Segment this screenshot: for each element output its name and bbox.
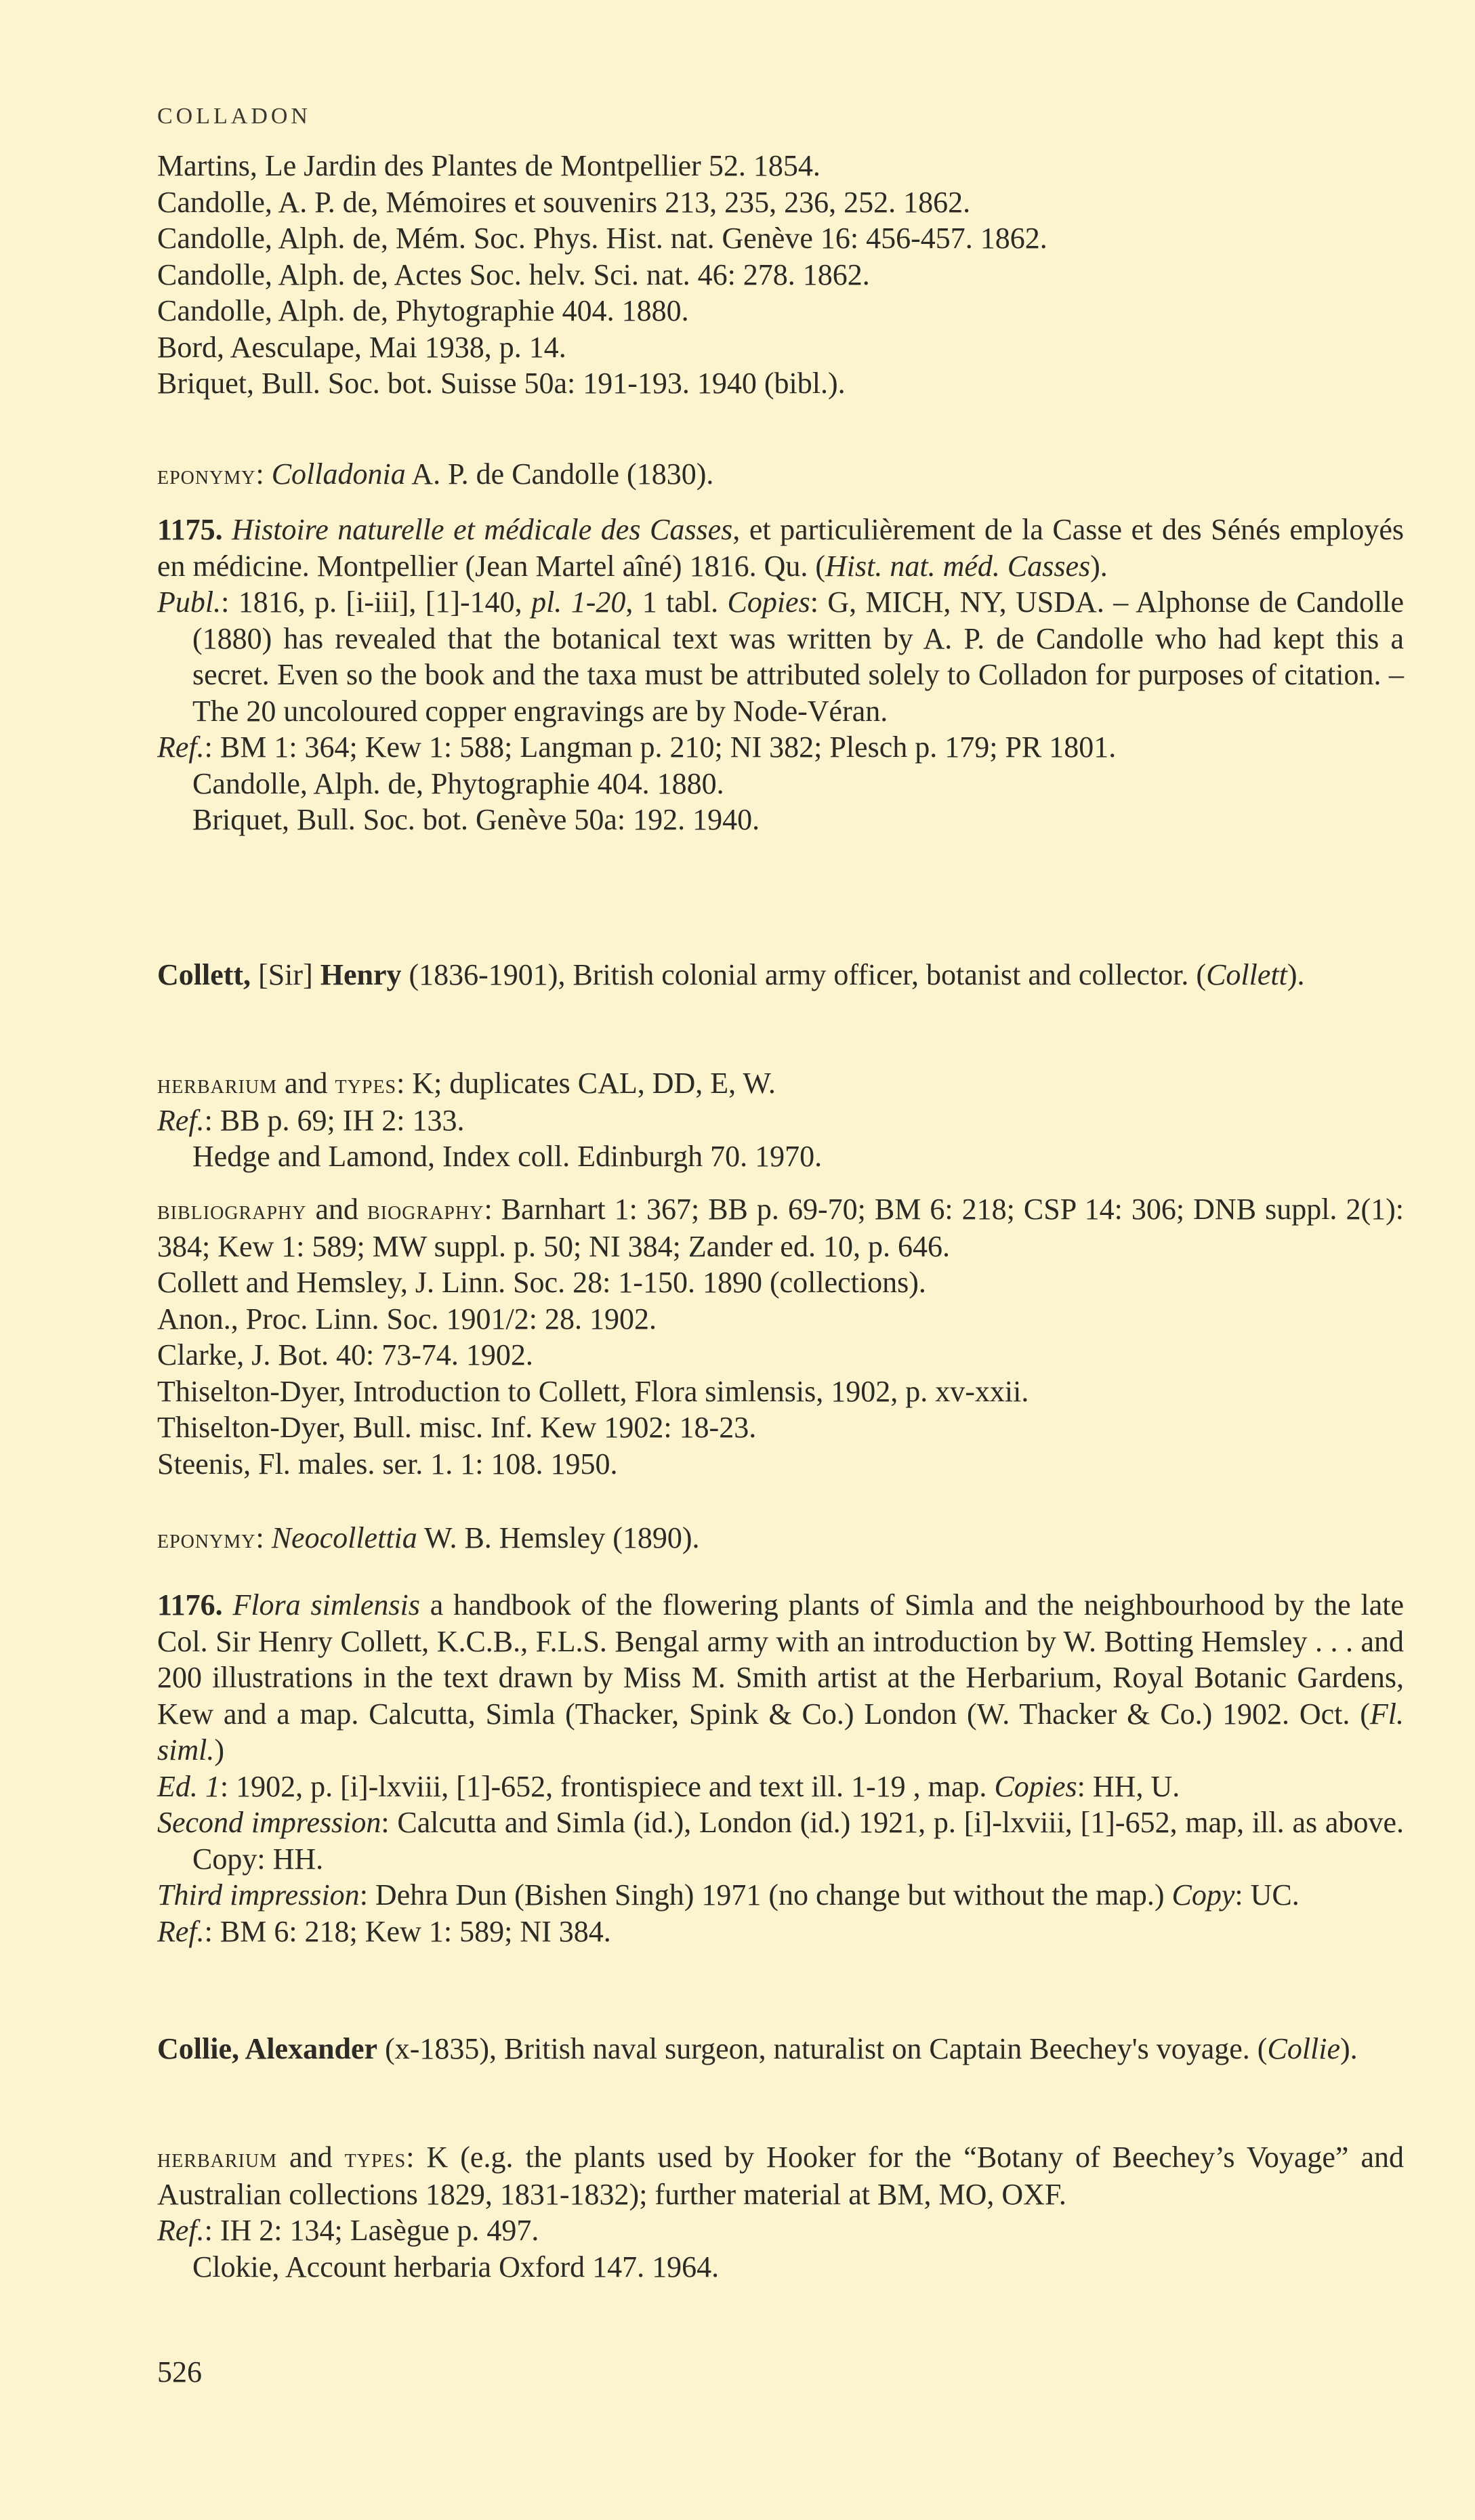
reference-line: Candolle, Alph. de, Phytographie 404. 18…: [157, 766, 1404, 802]
eponymy-label: eponymy: [157, 459, 255, 490]
page-number: 526: [157, 2355, 202, 2389]
collett-biography-entry: Collett, [Sir] Henry (1836-1901), Britis…: [157, 957, 1404, 993]
entry-1175: 1175. Histoire naturelle et médicale des…: [157, 512, 1404, 838]
collett-herbarium: herbarium and types: K; duplicates CAL, …: [157, 1065, 1404, 1175]
colladon-eponymy: eponymy: Colladonia A. P. de Candolle (1…: [157, 456, 1404, 493]
author-name: Collie, Alexander: [157, 2032, 377, 2065]
collett-bibliography: bibliography and biography: Barnhart 1: …: [157, 1191, 1404, 1482]
collie-biography-entry: Collie, Alexander (x-1835), British nava…: [157, 2031, 1404, 2067]
reference-line: Clarke, J. Bot. 40: 73-74. 1902.: [157, 1337, 1404, 1373]
author-surname: Collett,: [157, 958, 251, 991]
entry-references: Ref.: BM 1: 364; Kew 1: 588; Langman p. …: [157, 729, 1404, 766]
author-given-name: Henry: [320, 958, 402, 991]
work-title: Flora simlensis: [232, 1588, 419, 1622]
entry-number: 1176.: [157, 1588, 223, 1622]
reference-line: Collett and Hemsley, J. Linn. Soc. 28: 1…: [157, 1264, 1404, 1301]
reference-line: Briquet, Bull. Soc. bot. Suisse 50a: 191…: [157, 365, 1404, 402]
author-heading: Collie, Alexander (x-1835), British nava…: [157, 2031, 1404, 2067]
entry-title: 1175. Histoire naturelle et médicale des…: [157, 512, 1404, 584]
author-abbreviation: Collie: [1267, 2032, 1340, 2065]
reference-line: Bord, Aesculape, Mai 1938, p. 14.: [157, 329, 1404, 366]
running-head: COLLADON: [157, 104, 311, 129]
reference-line: Thiselton-Dyer, Introduction to Collett,…: [157, 1373, 1404, 1410]
reference-line: Candolle, Alph. de, Phytographie 404. 18…: [157, 293, 1404, 329]
collie-herbarium: herbarium and types: K (e.g. the plants …: [157, 2139, 1404, 2285]
reference-line: Martins, Le Jardin des Plantes de Montpe…: [157, 148, 1404, 184]
collett-eponymy: eponymy: Neocollettia W. B. Hemsley (189…: [157, 1520, 1404, 1557]
reference-line: Briquet, Bull. Soc. bot. Genève 50a: 192…: [157, 802, 1404, 838]
author-heading: Collett, [Sir] Henry (1836-1901), Britis…: [157, 957, 1404, 993]
reference-line: Anon., Proc. Linn. Soc. 1901/2: 28. 1902…: [157, 1301, 1404, 1338]
colladon-reference-list: Martins, Le Jardin des Plantes de Montpe…: [157, 148, 1404, 402]
entry-references: Ref.: BM 6: 218; Kew 1: 589; NI 384.: [157, 1914, 1404, 1950]
reference-line: Thiselton-Dyer, Bull. misc. Inf. Kew 190…: [157, 1409, 1404, 1446]
reference-line: Candolle, Alph. de, Actes Soc. helv. Sci…: [157, 257, 1404, 293]
entry-1176: 1176. Flora simlensis a handbook of the …: [157, 1587, 1404, 1949]
eponym-genus: Colladonia: [272, 457, 406, 491]
work-title: Histoire naturelle et médicale des Casse…: [232, 513, 732, 546]
third-impression: Third impression: Dehra Dun (Bishen Sing…: [157, 1877, 1404, 1914]
eponym-genus: Neocollettia: [272, 1521, 417, 1554]
reference-line: Clokie, Account herbaria Oxford 147. 196…: [157, 2249, 1404, 2286]
reference-line: Hedge and Lamond, Index coll. Edinburgh …: [157, 1138, 1404, 1175]
publication-details: Publ.: 1816, p. [i-iii], [1]-140, pl. 1-…: [157, 584, 1404, 729]
entry-title: 1176. Flora simlensis a handbook of the …: [157, 1587, 1404, 1769]
edition-details: Ed. 1: 1902, p. [i]-lxviii, [1]-652, fro…: [157, 1769, 1404, 1805]
reference-line: Candolle, Alph. de, Mém. Soc. Phys. Hist…: [157, 220, 1404, 257]
author-abbreviation: Collett: [1206, 958, 1287, 991]
reference-line: Candolle, A. P. de, Mémoires et souvenir…: [157, 184, 1404, 221]
second-impression: Second impression: Calcutta and Simla (i…: [157, 1804, 1404, 1877]
title-abbreviation: Hist. nat. méd. Casses: [825, 550, 1090, 583]
entry-number: 1175.: [157, 513, 223, 546]
reference-line: Steenis, Fl. males. ser. 1. 1: 108. 1950…: [157, 1446, 1404, 1483]
